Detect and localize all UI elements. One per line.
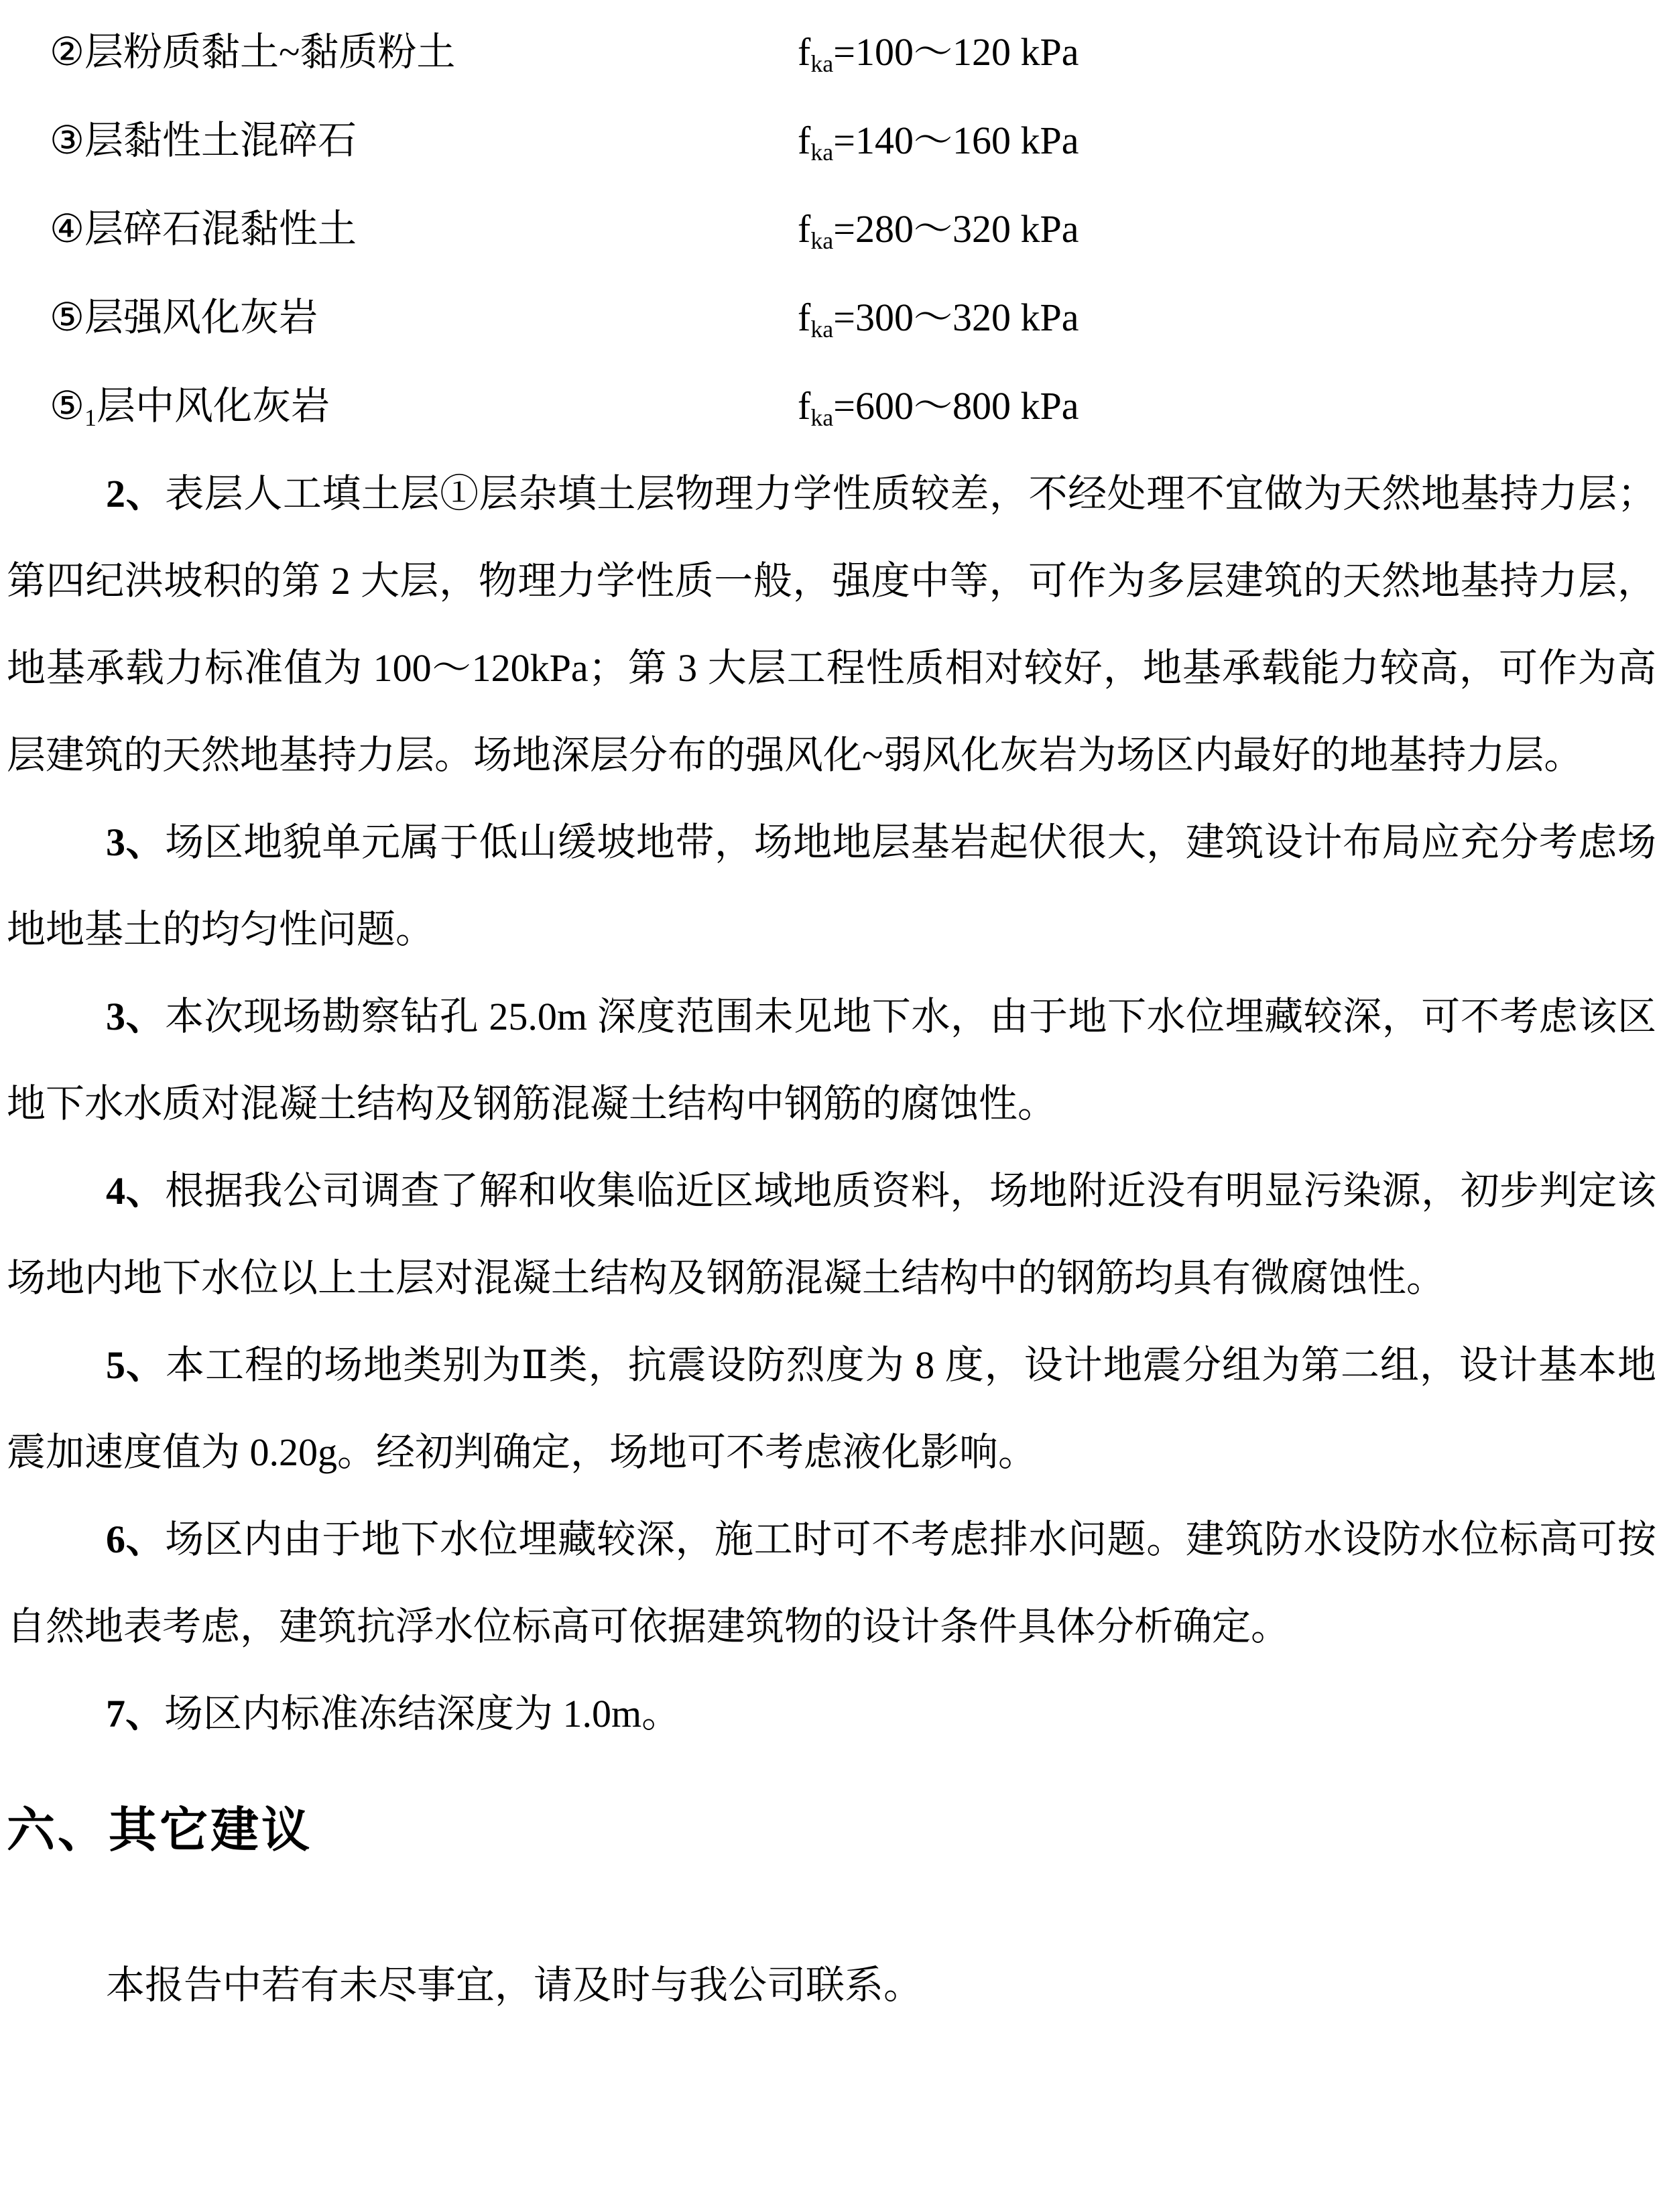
soil-layer-list: ②层粉质黏土~黏质粉土 fka=100～120 kPa ③层黏性土混碎石 fka… <box>7 8 1656 450</box>
paragraph-3a: 3、场区地貌单元属于低山缓坡地带，场地地层基岩起伏很大，建筑设计布局应充分考虑场… <box>7 799 1656 973</box>
layer-circle-number: ④ <box>50 207 84 251</box>
paragraph-number: 4、 <box>106 1169 165 1213</box>
paragraph-text: 场区内标准冻结深度为 1.0m。 <box>164 1692 680 1735</box>
formula-equals: = <box>833 384 855 428</box>
paragraph-number: 2、 <box>106 472 165 515</box>
paragraph-text: 根据我公司调查了解和收集临近区域地质资料，场地附近没有明显污染源，初步判定该场地… <box>7 1169 1656 1300</box>
layer-label: 层中风化灰岩 <box>97 384 330 428</box>
formula-symbol: f <box>798 207 810 251</box>
layer-row: ⑤1层中风化灰岩 fka=600～800 kPa <box>7 362 1656 450</box>
paragraph-number: 3、 <box>106 995 165 1038</box>
paragraph-7: 7、场区内标准冻结深度为 1.0m。 <box>7 1670 1656 1758</box>
layer-name: ④层碎石混黏性土 <box>50 185 798 273</box>
formula-subscript: ka <box>810 404 833 431</box>
closing-paragraph: 本报告中若有未尽事宜，请及时与我公司联系。 <box>7 1942 1656 2029</box>
paragraph-number: 7、 <box>106 1692 164 1735</box>
paragraph-text: 本工程的场地类别为Ⅱ类，抗震设防烈度为 8 度，设计地震分组为第二组，设计基本地… <box>7 1343 1656 1474</box>
value-unit: kPa <box>1011 119 1079 162</box>
paragraph-number: 3、 <box>106 820 165 864</box>
section-heading-other-suggestions: 六、其它建议 <box>7 1799 1656 1863</box>
formula-symbol: f <box>798 30 810 74</box>
layer-circle-number: ⑤ <box>50 384 84 428</box>
layer-label: 层黏性土混碎石 <box>84 119 357 162</box>
layer-circle-number: ③ <box>50 119 84 162</box>
formula-symbol: f <box>798 296 810 339</box>
paragraph-text: 场区内由于地下水位埋藏较深，施工时可不考虑排水问题。建筑防水设防水位标高可按自然… <box>7 1518 1656 1648</box>
layer-name: ⑤层强风化灰岩 <box>50 273 798 362</box>
formula-equals: = <box>833 119 855 162</box>
layer-label: 层强风化灰岩 <box>84 296 318 339</box>
layer-row: ③层黏性土混碎石 fka=140～160 kPa <box>7 97 1656 185</box>
value-range: 600～800 <box>855 384 1011 428</box>
paragraph-5: 5、本工程的场地类别为Ⅱ类，抗震设防烈度为 8 度，设计地震分组为第二组，设计基… <box>7 1322 1656 1496</box>
paragraph-number: 5、 <box>106 1343 166 1387</box>
paragraph-text: 本报告中若有未尽事宜，请及时与我公司联系。 <box>106 1963 922 2007</box>
paragraph-text: 表层人工填土层①层杂填土层物理力学性质较差，不经处理不宜做为天然地基持力层；第四… <box>7 472 1656 777</box>
paragraph-3b: 3、本次现场勘察钻孔 25.0m 深度范围未见地下水，由于地下水位埋藏较深，可不… <box>7 973 1656 1148</box>
layer-circle-subscript: 1 <box>84 404 97 431</box>
bearing-capacity-value: fka=100～120 kPa <box>798 8 1079 97</box>
value-unit: kPa <box>1011 30 1079 74</box>
formula-equals: = <box>833 30 855 74</box>
paragraph-6: 6、场区内由于地下水位埋藏较深，施工时可不考虑排水问题。建筑防水设防水位标高可按… <box>7 1496 1656 1670</box>
value-range: 100～120 <box>855 30 1011 74</box>
layer-name: ②层粉质黏土~黏质粉土 <box>50 8 798 97</box>
layer-circle-number: ⑤ <box>50 296 84 339</box>
document-page: ②层粉质黏土~黏质粉土 fka=100～120 kPa ③层黏性土混碎石 fka… <box>0 0 1663 2212</box>
layer-name: ⑤1层中风化灰岩 <box>50 362 798 450</box>
bearing-capacity-value: fka=600～800 kPa <box>798 362 1079 450</box>
formula-equals: = <box>833 296 855 339</box>
formula-subscript: ka <box>810 139 833 166</box>
value-unit: kPa <box>1011 296 1079 339</box>
bearing-capacity-value: fka=140～160 kPa <box>798 97 1079 185</box>
paragraph-4: 4、根据我公司调查了解和收集临近区域地质资料，场地附近没有明显污染源，初步判定该… <box>7 1148 1656 1322</box>
formula-symbol: f <box>798 119 810 162</box>
value-unit: kPa <box>1011 384 1079 428</box>
paragraph-text: 场区地貌单元属于低山缓坡地带，场地地层基岩起伏很大，建筑设计布局应充分考虑场地地… <box>7 820 1656 951</box>
value-range: 140～160 <box>855 119 1011 162</box>
layer-circle-number: ② <box>50 30 84 74</box>
formula-subscript: ka <box>810 227 833 254</box>
formula-equals: = <box>833 207 855 251</box>
bearing-capacity-value: fka=280～320 kPa <box>798 185 1079 273</box>
formula-subscript: ka <box>810 316 833 343</box>
paragraph-2: 2、表层人工填土层①层杂填土层物理力学性质较差，不经处理不宜做为天然地基持力层；… <box>7 450 1656 799</box>
value-range: 280～320 <box>855 207 1011 251</box>
layer-label: 层粉质黏土~黏质粉土 <box>84 30 455 74</box>
formula-subscript: ka <box>810 50 833 77</box>
formula-symbol: f <box>798 384 810 428</box>
layer-row: ④层碎石混黏性土 fka=280～320 kPa <box>7 185 1656 273</box>
paragraph-text: 本次现场勘察钻孔 25.0m 深度范围未见地下水，由于地下水位埋藏较深，可不考虑… <box>7 995 1656 1125</box>
layer-label: 层碎石混黏性土 <box>84 207 357 251</box>
layer-row: ⑤层强风化灰岩 fka=300～320 kPa <box>7 273 1656 362</box>
value-range: 300～320 <box>855 296 1011 339</box>
value-unit: kPa <box>1011 207 1079 251</box>
paragraph-number: 6、 <box>106 1518 165 1561</box>
layer-row: ②层粉质黏土~黏质粉土 fka=100～120 kPa <box>7 8 1656 97</box>
bearing-capacity-value: fka=300～320 kPa <box>798 273 1079 362</box>
layer-name: ③层黏性土混碎石 <box>50 97 798 185</box>
